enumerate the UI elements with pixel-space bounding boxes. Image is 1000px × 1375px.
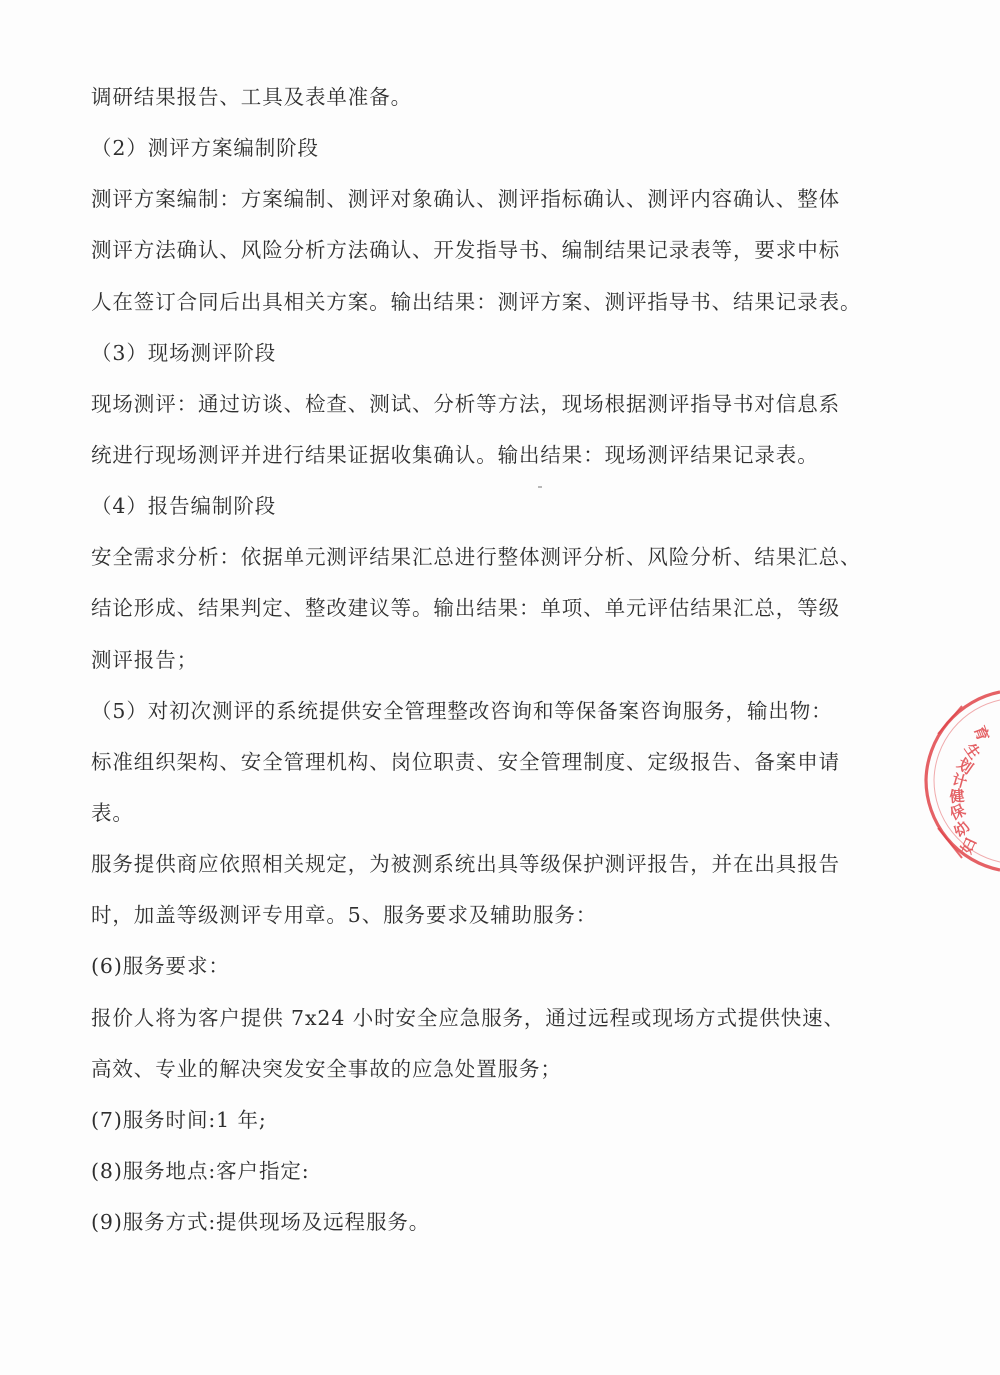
list-item-service-location: (8)服务地点:客户指定: [91, 1146, 891, 1197]
list-item-service-method: (9)服务方式:提供现场及远程服务。 [91, 1197, 891, 1248]
paragraph-line: 现场测评：通过访谈、检查、测试、分析等方法，现场根据测评指导书对信息系 [91, 379, 891, 430]
paragraph-line: 服务提供商应依照相关规定，为被测系统出具等级保护测评报告，并在出具报告 [91, 839, 891, 890]
paragraph-line: 测评报告； [91, 635, 891, 686]
paragraph-line: 安全需求分析：依据单元测评结果汇总进行整体测评分析、风险分析、结果汇总、 [91, 532, 891, 583]
paragraph-line: 报价人将为客户提供 7x24 小时安全应急服务，通过远程或现场方式提供快速、 [91, 993, 891, 1044]
section-heading-5: （5）对初次测评的系统提供安全管理整改咨询和等保备案咨询服务，输出物： [91, 686, 891, 737]
paragraph-line: 时，加盖等级测评专用章。5、服务要求及辅助服务： [91, 890, 891, 941]
paragraph-line: 标准组织架构、安全管理机构、岗位职责、安全管理制度、定级报告、备案申请 [91, 737, 891, 788]
section-heading-6: (6)服务要求： [91, 941, 891, 992]
section-heading-3: （3）现场测评阶段 [91, 328, 891, 379]
seal-icon: 育 生 划 计 健 保 幼 妇 [912, 688, 1000, 878]
scan-speck [538, 486, 542, 488]
paragraph-line: 表。 [91, 788, 891, 839]
paragraph-line: 测评方法确认、风险分析方法确认、开发指导书、编制结果记录表等，要求中标 [91, 225, 891, 276]
paragraph-line: 高效、专业的解决突发安全事故的应急处置服务； [91, 1044, 891, 1095]
scanned-document-page: 调研结果报告、工具及表单准备。 （2）测评方案编制阶段 测评方案编制：方案编制、… [0, 0, 1000, 1375]
paragraph-line: 测评方案编制：方案编制、测评对象确认、测评指标确认、测评内容确认、整体 [91, 174, 891, 225]
list-item-service-time: (7)服务时间:1 年; [91, 1095, 891, 1146]
red-seal-stamp: 育 生 划 计 健 保 幼 妇 [912, 688, 1000, 878]
section-heading-4: （4）报告编制阶段 [91, 481, 891, 532]
paragraph-line: 统进行现场测评并进行结果证据收集确认。输出结果：现场测评结果记录表。 [91, 430, 891, 481]
document-body: 调研结果报告、工具及表单准备。 （2）测评方案编制阶段 测评方案编制：方案编制、… [91, 72, 891, 1248]
paragraph-line: 结论形成、结果判定、整改建议等。输出结果：单项、单元评估结果汇总，等级 [91, 583, 891, 634]
section-heading-2: （2）测评方案编制阶段 [91, 123, 891, 174]
paragraph-line: 人在签订合同后出具相关方案。输出结果：测评方案、测评指导书、结果记录表。 [91, 277, 891, 328]
paragraph-line: 调研结果报告、工具及表单准备。 [91, 72, 891, 123]
